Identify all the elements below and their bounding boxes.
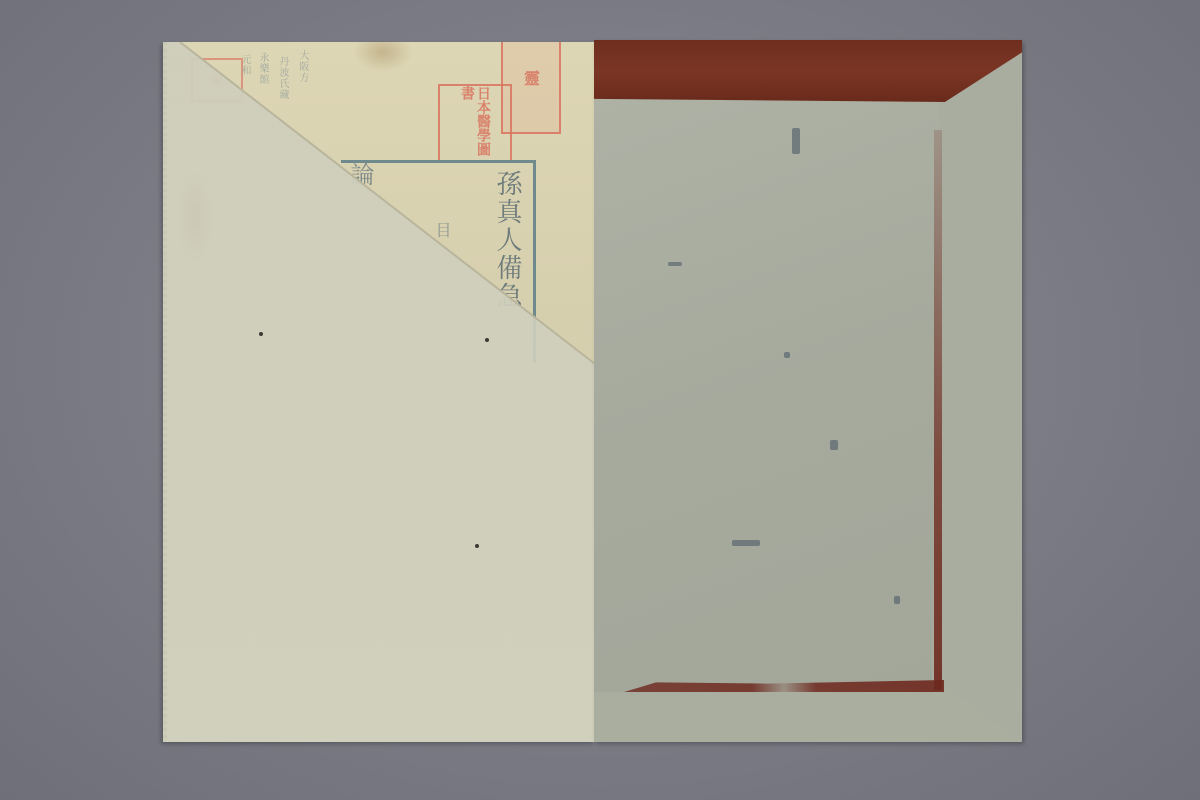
ink-speck — [475, 544, 479, 548]
paper-fiber-fleck — [830, 440, 838, 450]
paper-fiber-fleck — [894, 596, 900, 604]
cover-turn-in-top — [594, 40, 1022, 102]
manuscript-note: 大阪方 — [295, 50, 310, 83]
ink-speck — [485, 338, 489, 342]
exposed-cover-edge — [934, 130, 942, 690]
right-page-inside-cover — [594, 40, 1022, 742]
paper-fiber-fleck — [784, 352, 790, 358]
paper-fiber-fleck — [732, 540, 760, 546]
paper-fiber-fleck — [792, 128, 800, 154]
ink-speck — [259, 332, 263, 336]
paper-pastedown — [594, 92, 939, 692]
paper-fiber-fleck — [668, 262, 682, 266]
water-stain — [353, 42, 413, 72]
red-seal-square: 日本醫學圖書 — [438, 84, 512, 162]
title-small-character: 目 — [431, 222, 454, 238]
left-page-title-leaf: 靈 日本醫學圖書 朱 大阪方 丹波氏藏 永樂館 元和 孫真人備急 論 目 — [163, 42, 595, 742]
manuscript-note: 永樂館 — [255, 52, 270, 85]
folded-flyleaf — [163, 42, 595, 742]
cover-turn-in-right — [932, 40, 1022, 742]
manuscript-note: 丹波氏藏 — [275, 56, 290, 100]
manuscript-note: 元和 — [237, 54, 252, 76]
